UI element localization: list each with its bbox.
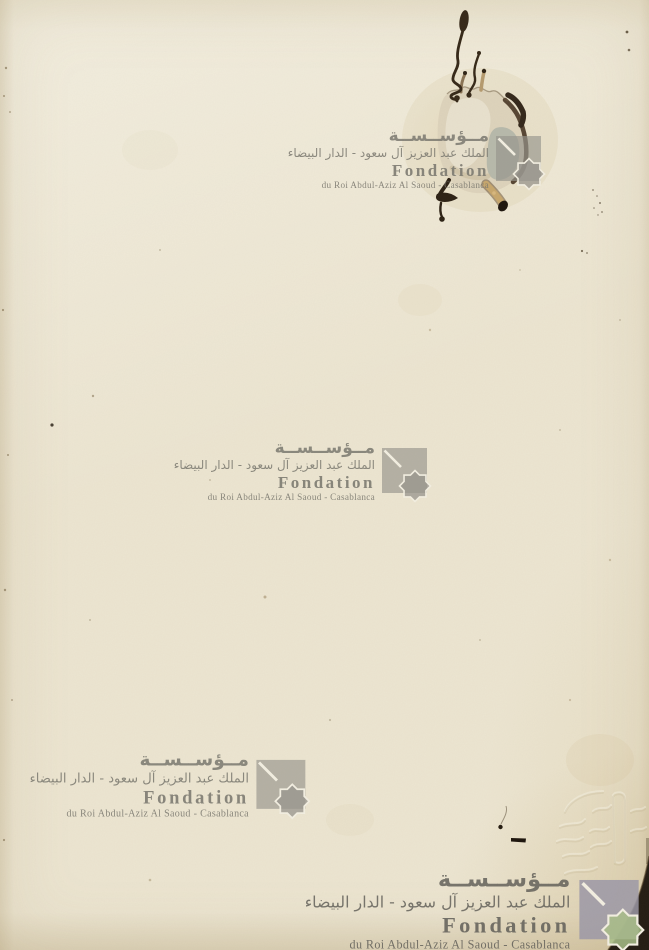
watermark-text: مــؤســســة الملك عبد العزيز آل سعود - ا… [174,439,375,503]
watermark-latin-title: Fondation [174,474,375,491]
watermark-foundation-middle: مــؤســســة الملك عبد العزيز آل سعود - ا… [174,439,434,504]
watermark-foundation-top-right: مــؤســســة الملك عبد العزيز آل سعود - ا… [288,127,548,192]
watermark-text: مــؤســســة الملك عبد العزيز آل سعود - ا… [29,750,248,820]
watermark-text: مــؤســســة الملك عبد العزيز آل سعود - ا… [304,868,570,950]
foundation-logo-icon [579,880,648,950]
watermark-foundation-bottom-right: مــؤســســة الملك عبد العزيز آل سعود - ا… [304,868,648,950]
foundation-logo-icon [496,136,548,192]
ink-dot-mark [498,806,526,843]
watermark-arabic-subtitle: الملك عبد العزيز آل سعود - الدار البيضاء [288,146,489,161]
watermark-arabic-title: مــؤســســة [29,750,248,770]
watermark-arabic-subtitle: الملك عبد العزيز آل سعود - الدار البيضاء [304,893,570,913]
watermark-arabic-subtitle: الملك عبد العزيز آل سعود - الدار البيضاء [174,458,375,473]
scanned-page: { "watermark": { "arabic_title": "مــؤسـ… [0,0,649,950]
watermark-latin-subtitle: du Roi Abdul-Aziz Al Saoud - Casablanca [304,938,570,950]
watermark-latin-subtitle: du Roi Abdul-Aziz Al Saoud - Casablanca [174,492,375,503]
watermark-text: مــؤســســة الملك عبد العزيز آل سعود - ا… [288,127,489,191]
watermark-foundation-bottom-left: مــؤســســة الملك عبد العزيز آل سعود - ا… [29,750,313,821]
watermark-arabic-subtitle: الملك عبد العزيز آل سعود - الدار البيضاء [29,771,248,787]
ink-dash-mark [511,838,526,843]
watermark-latin-title: Fondation [288,162,489,179]
foundation-logo-icon [382,448,434,504]
watermark-arabic-title: مــؤســســة [288,127,489,145]
watermark-latin-title: Fondation [29,788,248,807]
watermark-latin-title: Fondation [304,914,570,936]
watermark-latin-subtitle: du Roi Abdul-Aziz Al Saoud - Casablanca [288,180,489,191]
watermark-latin-subtitle: du Roi Abdul-Aziz Al Saoud - Casablanca [29,808,248,820]
embossed-seal [557,791,646,875]
watermark-arabic-title: مــؤســســة [174,439,375,457]
foundation-logo-icon [256,760,313,821]
watermark-arabic-title: مــؤســســة [304,868,570,892]
